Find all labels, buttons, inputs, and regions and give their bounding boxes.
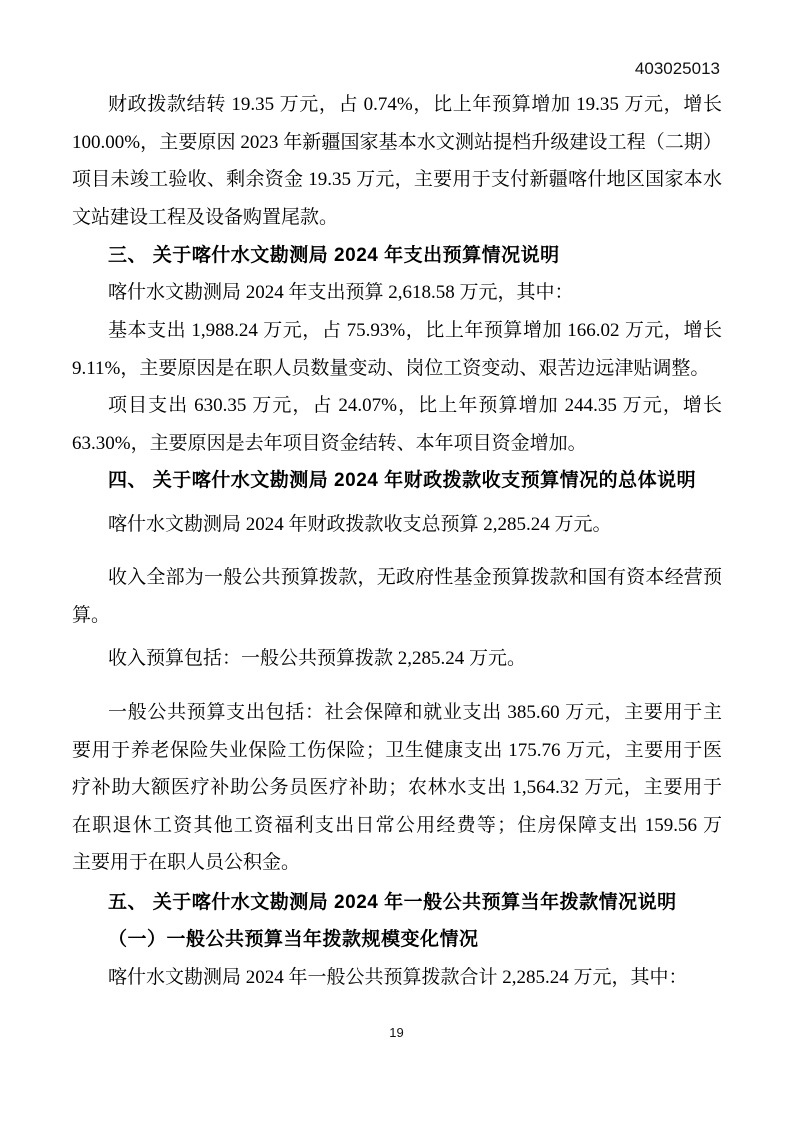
- text-line: 要用于养老保险失业保险工伤保险；卫生健康支出 175.76 万元，主要用于医: [72, 732, 722, 770]
- paragraph-expenditure-breakdown: 一般公共预算支出包括：社会保障和就业支出 385.60 万元，主要用于主 要用于…: [72, 694, 722, 882]
- page-number: 19: [0, 1024, 793, 1042]
- paragraph-income-source: 收入全部为一般公共预算拨款，无政府性基金预算拨款和国有资本经营预 算。: [72, 559, 722, 634]
- text-line: 收入全部为一般公共预算拨款，无政府性基金预算拨款和国有资本经营预: [72, 559, 722, 597]
- paragraph-appropriation-total: 喀什水文勘测局 2024 年财政拨款收支总预算 2,285.24 万元。: [72, 506, 722, 544]
- heading-text: 四、 关于喀什水文勘测局 2024 年财政拨款收支预算情况的总体说明: [72, 462, 722, 500]
- section-heading-5: 五、 关于喀什水文勘测局 2024 年一般公共预算当年拨款情况说明: [72, 884, 722, 922]
- paragraph-expenditure-total: 喀什水文勘测局 2024 年支出预算 2,618.58 万元，其中：: [72, 274, 722, 312]
- text-line: 主要用于在职人员公积金。: [72, 844, 722, 882]
- text-line: 100.00%，主要原因 2023 年新疆国家基本水文测站提档升级建设工程（二期…: [72, 124, 722, 162]
- text-line: 在职退休工资其他工资福利支出日常公用经费等；住房保障支出 159.56 万元，: [72, 807, 722, 845]
- section-heading-3: 三、 关于喀什水文勘测局 2024 年支出预算情况说明: [72, 237, 722, 275]
- paragraph-basic-expenditure: 基本支出 1,988.24 万元，占 75.93%，比上年预算增加 166.02…: [72, 312, 722, 387]
- text-line: 疗补助大额医疗补助公务员医疗补助；农林水支出 1,564.32 万元，主要用于: [72, 769, 722, 807]
- text-line: 收入预算包括：一般公共预算拨款 2,285.24 万元。: [72, 640, 722, 678]
- paragraph-carryover-funds: 财政拨款结转 19.35 万元，占 0.74%，比上年预算增加 19.35 万元…: [72, 86, 722, 236]
- paragraph-current-year-appropriation: 喀什水文勘测局 2024 年一般公共预算拨款合计 2,285.24 万元，其中：: [72, 959, 722, 997]
- text-line: 文站建设工程及设备购置尾款。: [72, 199, 722, 237]
- text-line: 项目未竣工验收、剩余资金 19.35 万元，主要用于支付新疆喀什地区国家本水: [72, 161, 722, 199]
- document-id-number: 403025013: [635, 57, 720, 81]
- text-line: 算。: [72, 597, 722, 635]
- text-line: 项目支出 630.35 万元，占 24.07%，比上年预算增加 244.35 万…: [72, 387, 722, 425]
- text-line: 喀什水文勘测局 2024 年财政拨款收支总预算 2,285.24 万元。: [72, 506, 722, 544]
- text-line: 喀什水文勘测局 2024 年支出预算 2,618.58 万元，其中：: [72, 274, 722, 312]
- section-heading-5-1: （一）一般公共预算当年拨款规模变化情况: [72, 921, 722, 959]
- text-line: 63.30%，主要原因是去年项目资金结转、本年项目资金增加。: [72, 425, 722, 463]
- text-line: 财政拨款结转 19.35 万元，占 0.74%，比上年预算增加 19.35 万元…: [72, 86, 722, 124]
- paragraph-project-expenditure: 项目支出 630.35 万元，占 24.07%，比上年预算增加 244.35 万…: [72, 387, 722, 462]
- paragraph-income-budget: 收入预算包括：一般公共预算拨款 2,285.24 万元。: [72, 640, 722, 678]
- text-line: 一般公共预算支出包括：社会保障和就业支出 385.60 万元，主要用于主: [72, 694, 722, 732]
- heading-text: （一）一般公共预算当年拨款规模变化情况: [72, 921, 722, 959]
- heading-text: 三、 关于喀什水文勘测局 2024 年支出预算情况说明: [72, 237, 722, 275]
- text-line: 喀什水文勘测局 2024 年一般公共预算拨款合计 2,285.24 万元，其中：: [72, 959, 722, 997]
- text-line: 基本支出 1,988.24 万元，占 75.93%，比上年预算增加 166.02…: [72, 312, 722, 350]
- document-page: 403025013 财政拨款结转 19.35 万元，占 0.74%，比上年预算增…: [0, 0, 793, 1122]
- heading-text: 五、 关于喀什水文勘测局 2024 年一般公共预算当年拨款情况说明: [72, 884, 722, 922]
- section-heading-4: 四、 关于喀什水文勘测局 2024 年财政拨款收支预算情况的总体说明: [72, 462, 722, 500]
- text-line: 9.11%，主要原因是在职人员数量变动、岗位工资变动、艰苦边远津贴调整。: [72, 350, 722, 388]
